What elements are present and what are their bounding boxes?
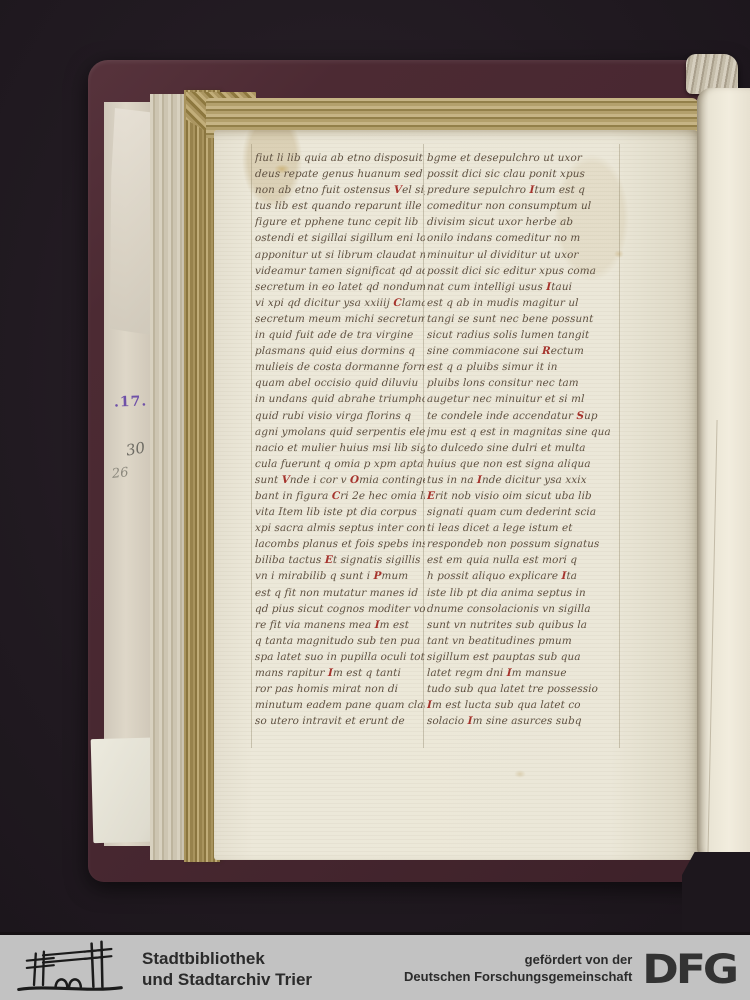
manuscript-text-line: to dulcedo sine dulri et multa [427, 440, 622, 456]
manuscript-text-line: vi xpi qd dicitur ysa xxiiij Clamat [255, 295, 426, 311]
dfg-logo: DFG [642, 946, 736, 993]
manuscript-text-line: apponitur ut si librum claudat ne [255, 247, 426, 263]
manuscript-page: fiut li lib quia ab etno disposuitdeus r… [214, 130, 698, 860]
manuscript-text-line: est q a pluibs simur it in [427, 359, 622, 375]
manuscript-text-line: sunt vn nutrites sub quibus la [427, 617, 622, 633]
institution-name: Stadtbibliothek und Stadtarchiv Trier [142, 948, 312, 991]
institution-name-line2: und Stadtarchiv Trier [142, 969, 312, 990]
background-corner [682, 852, 750, 934]
manuscript-text-line: sicut radius solis lumen tangit [427, 327, 622, 343]
manuscript-text-line: latet regm dni Im mansue [427, 665, 622, 681]
digitized-book-photo: fiut li lib quia ab etno disposuitdeus r… [0, 0, 750, 932]
manuscript-text-line: tudo sub qua latet tre possessio [427, 681, 622, 697]
folio-number-label: .17. [114, 393, 148, 410]
manuscript-text-line: in quid fuit ade de tra virgine [255, 327, 426, 343]
facing-page-edge [697, 88, 750, 858]
manuscript-text-line: sigillum est pauptas sub qua [427, 649, 622, 665]
manuscript-text-line: comeditur non consumptum ul [427, 198, 622, 214]
manuscript-text-line: lacombs planus et fois spebs inst [255, 536, 426, 552]
page-fore-edges-white [150, 94, 188, 860]
manuscript-text-line: quid rubi visio virga florins q [255, 408, 426, 424]
manuscript-text-line: sine commiacone sui Rectum [427, 343, 622, 359]
manuscript-text-line: nat cum intelligi usus Itaui [427, 279, 622, 295]
manuscript-text-line: tus in na Inde dicitur ysa xxix [427, 472, 622, 488]
manuscript-text-line: so utero intravit et erunt de [255, 713, 426, 729]
manuscript-text-line: augetur nec minuitur et si ml [427, 391, 622, 407]
manuscript-text-line: bant in figura Cri 2e hec omia lib [255, 488, 426, 504]
manuscript-text-line: bgme et desepulchro ut uxor [427, 150, 622, 166]
manuscript-text-line: non ab etno fuit ostensus Vel sig [255, 182, 426, 198]
manuscript-text-line: iste lib pt dia anima septus in [427, 585, 622, 601]
manuscript-text-line: dnume consolacionis vn sigilla [427, 601, 622, 617]
manuscript-text-line: xpi sacra almis septus inter consp [255, 520, 426, 536]
manuscript-text-line: tant vn beatitudines pmum [427, 633, 622, 649]
manuscript-text-line: sunt Vnde i cor v Omia continge [255, 472, 426, 488]
manuscript-text-line: vita Item lib iste pt dia corpus [255, 504, 426, 520]
manuscript-text-line: agni ymolans quid serpentis ele [255, 424, 426, 440]
manuscript-text-line: nacio et mulier huius msi lib signa [255, 440, 426, 456]
manuscript-text-line: quam abel occisio quid diluviu [255, 375, 426, 391]
manuscript-text-line: biliba tactus Et signatis sigillis [255, 552, 426, 568]
manuscript-text-line: videamur tamen significat qd ad [255, 263, 426, 279]
manuscript-text-line: huius que non est signa aliqua [427, 456, 622, 472]
manuscript-text-line: secretum meum michi secretum me [255, 311, 426, 327]
manuscript-text-line: tus lib est quando reparunt ille [255, 198, 426, 214]
manuscript-text-line: respondeb non possum signatus [427, 536, 622, 552]
institution-banner: Stadtbibliothek und Stadtarchiv Trier ge… [0, 932, 750, 1000]
manuscript-text-line: mulieis de costa dormanne formo [255, 359, 426, 375]
stain [514, 770, 526, 778]
manuscript-text-line: possit dici sic editur xpus coma [427, 263, 622, 279]
manuscript-text-line: ti leas dicet a lege istum et [427, 520, 622, 536]
manuscript-text-line: solacio Im sine asurces subq [427, 713, 622, 729]
manuscript-text-line: est q fit non mutatur manes id [255, 585, 426, 601]
manuscript-text-line: secretum in eo latet qd nondum [255, 279, 426, 295]
manuscript-text-line: figure et pphene tunc cepit lib [255, 214, 426, 230]
manuscript-text-line: ostendi et sigillai sigillum eni lo [255, 230, 426, 246]
manuscript-text-line: Im est lucta sub qua latet co [427, 697, 622, 713]
manuscript-text-line: deus repate genus huanum sed [255, 166, 426, 182]
manuscript-text-line: in undans quid abrahe triumpho [255, 391, 426, 407]
manuscript-text-line: pluibs lons consitur nec tam [427, 375, 622, 391]
ruling-line [251, 144, 252, 748]
manuscript-text-line: minutum eadem pane quam clau [255, 697, 426, 713]
institution-name-line1: Stadtbibliothek [142, 948, 312, 969]
manuscript-text-line: cula fuerunt q omia p xpm apta [255, 456, 426, 472]
stadtbibliothek-trier-logo-icon [14, 940, 126, 999]
manuscript-text-line: spa latet suo in pupilla oculi tota [255, 649, 426, 665]
manuscript-text-line: est q ab in mudis magitur ul [427, 295, 622, 311]
manuscript-text-line: re fit via manens mea Im est [255, 617, 426, 633]
funding-credit-line2: Deutschen Forschungsgemeinschaft [404, 969, 632, 986]
pencil-annotation-1: 30 [125, 438, 147, 459]
manuscript-text-column-right: bgme et desepulchro ut uxorpossit dici s… [427, 150, 621, 729]
manuscript-text-line: h possit aliquo explicare Ita [427, 568, 622, 584]
manuscript-text-line: jmu est q est in magnitas sine qua [427, 424, 622, 440]
manuscript-text-line: divisim sicut uxor herbe ab [427, 214, 622, 230]
pencil-annotation-2: 26 [111, 465, 129, 482]
manuscript-text-line: predure sepulchro Itum est q [427, 182, 622, 198]
manuscript-text-line: fiut li lib quia ab etno disposuit [255, 150, 426, 166]
manuscript-text-line: mans rapitur Im est q tanti [255, 665, 426, 681]
funding-credit-line1: gefördert von der [404, 952, 632, 969]
manuscript-text-line: plasmans quid eius dormins q [255, 343, 426, 359]
manuscript-text-line: ror pas homis mirat non di [255, 681, 426, 697]
funding-credit: gefördert von der Deutschen Forschungsge… [404, 952, 632, 986]
manuscript-text-column-left: fiut li lib quia ab etno disposuitdeus r… [255, 150, 425, 729]
manuscript-text-line: tangi se sunt nec bene possunt [427, 311, 622, 327]
manuscript-text-line: Erit nob visio oim sicut uba lib [427, 488, 622, 504]
manuscript-text-line: te condele inde accendatur Sup [427, 408, 622, 424]
manuscript-text-line: vn i mirabilib q sunt i Pmum [255, 568, 426, 584]
manuscript-text-line: signati quam cum dederint scia [427, 504, 622, 520]
manuscript-text-line: onilo indans comeditur no m [427, 230, 622, 246]
manuscript-text-line: qd pius sicut cognos moditer vo [255, 601, 426, 617]
manuscript-text-line: minuitur ul dividitur ut uxor [427, 247, 622, 263]
manuscript-text-line: possit dici sic clau ponit xpus [427, 166, 622, 182]
manuscript-text-line: q tanta magnitudo sub ten pua [255, 633, 426, 649]
manuscript-text-line: est em quia nulla est mori q [427, 552, 622, 568]
